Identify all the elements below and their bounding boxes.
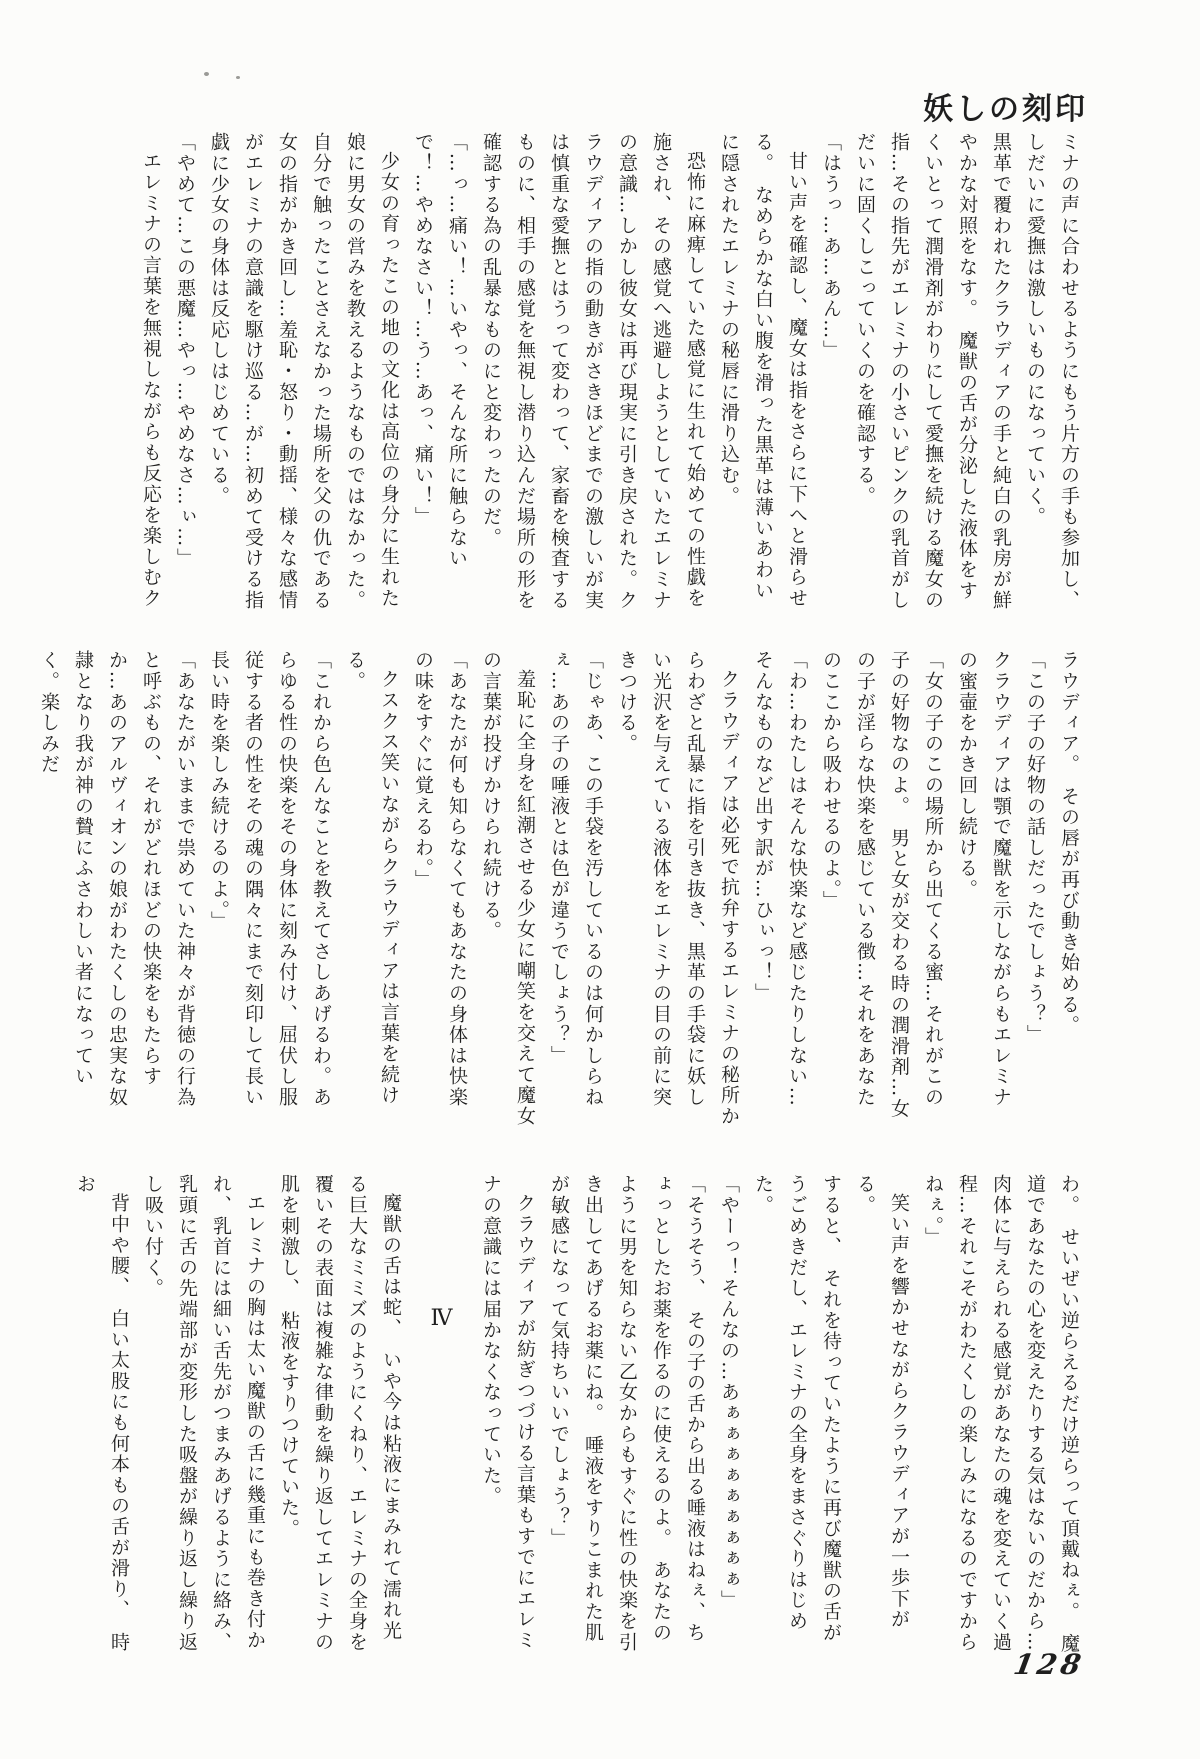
page-title: 妖しの刻印 xyxy=(923,84,1088,128)
paragraph: 恐怖に麻痺していた感覚に生れて始めての性戯を施され、その感覚へ逃避しようとしてい… xyxy=(474,132,712,614)
text-band-bottom: わ。 せいぜい逆らえるだけ逆らって頂戴ねぇ。 魔道であなたの心を変えたりする気は… xyxy=(68,1174,1086,1660)
text-band-top: ミナの声に合わせるようにもう片方の手も参加し、しだいに愛撫は激しいものになってい… xyxy=(134,132,1086,614)
paragraph: クラウディアは顎で魔獣を示しながらもエレミナの蜜壷をかき回し続ける。 xyxy=(950,650,1018,1128)
text-band-middle: ラウディア。 その唇が再び動き始める。「この子の好物の話しだったでしょう？」クラ… xyxy=(32,650,1086,1128)
scan-speck xyxy=(236,76,240,79)
page-number: 128 xyxy=(1011,1648,1087,1681)
paragraph: 甘い声を確認し、魔女は指をさらに下へと滑らせる。 なめらかな白い腹を滑った黒革は… xyxy=(712,132,814,614)
section-marker-iv: Ⅳ xyxy=(424,1174,458,1660)
paragraph: ミナの声に合わせるようにもう片方の手も参加し、しだいに愛撫は激しいものになってい… xyxy=(1018,132,1086,614)
paragraph: 魔獣の舌は蛇、 いや今は粘液にまみれて濡れ光る巨大なミミズのようにくねり、エレミ… xyxy=(272,1174,408,1660)
paragraph: 羞恥に全身を紅潮させる少女に嘲笑を交えて魔女の言葉が投げかけられ続ける。 xyxy=(474,650,542,1128)
paragraph: 笑い声を響かせながらクラウディアが一歩下がる。 xyxy=(848,1174,916,1660)
scan-speck xyxy=(204,72,209,76)
paragraph: 「そうそう、 その子の舌から出る唾液はねぇ、ちょっとしたお薬を作るのに使えるのよ… xyxy=(542,1174,712,1660)
paragraph: 「この子の好物の話しだったでしょう？」 xyxy=(1018,650,1052,1128)
paragraph: すると、 それを待っていたように再び魔獣の舌がうごめきだし、エレミナの全身をまさ… xyxy=(746,1174,848,1660)
paragraph: 黒革で覆われたクラウディアの手と純白の乳房が鮮やかな対照をなす。 魔獣の舌が分泌… xyxy=(848,132,1018,614)
paragraph: クスクス笑いながらクラウディアは言葉を続ける。 xyxy=(338,650,406,1128)
paragraph: 「これから色んなことを教えてさしあげるわ。あらゆる性の快楽をその身体に刻み付け、… xyxy=(202,650,338,1128)
paragraph: 「…っ…痛い！…いやっ、そんな所に触らないで！…やめなさい！…う…あっ、痛い！」 xyxy=(406,132,474,614)
paragraph: 「はうっ…あ…あん…」 xyxy=(814,132,848,614)
paragraph: エレミナの胸は太い魔獣の舌に幾重にも巻き付かれ、乳首には細い舌先がつまみあげるよ… xyxy=(136,1174,272,1660)
paragraph: クラウディアが紡ぎつづける言葉もすでにエレミナの意識には届かなくなっていた。 xyxy=(474,1174,542,1660)
paragraph: 「わ…わたしはそんな快楽など感じたりしない…そんなものなど出す訳が…ひぃっ！」 xyxy=(746,650,814,1128)
paragraph: 「じゃあ、この手袋を汚しているのは何かしらねぇ…あの子の唾液とは色が違うでしょう… xyxy=(542,650,610,1128)
paragraph: わ。 せいぜい逆らえるだけ逆らって頂戴ねぇ。 魔道であなたの心を変えたりする気は… xyxy=(916,1174,1086,1660)
scanned-page: 妖しの刻印 ミナの声に合わせるようにもう片方の手も参加し、しだいに愛撫は激しいも… xyxy=(0,0,1200,1759)
paragraph: エレミナの言葉を無視しながらも反応を楽しむク xyxy=(134,132,168,614)
paragraph: 「女の子のこの場所から出てくる蜜…それがこの子の好物なのよ。 男と女が交わる時の… xyxy=(814,650,950,1128)
paragraph: ラウディア。 その唇が再び動き始める。 xyxy=(1052,650,1086,1128)
paragraph: クラウディアは必死で抗弁するエレミナの秘所からわざと乱暴に指を引き抜き、黒革の手… xyxy=(610,650,746,1128)
paragraph: 少女の育ったこの地の文化は高位の身分に生れた娘に男女の営みを教えるようなものでは… xyxy=(202,132,406,614)
paragraph: 「やめて…この悪魔…やっ…やめなさ…ぃ…」 xyxy=(168,132,202,614)
paragraph: 背中や腰、 白い太股にも何本もの舌が滑り、 時お xyxy=(68,1174,136,1660)
paragraph: 「あなたがいままで祟めていた神々が背徳の行為と呼ぶもの、それがどれほどの快楽をも… xyxy=(32,650,202,1128)
paragraph: 「あなたが何も知らなくてもあなたの身体は快楽の味をすぐに覚えるわ。」 xyxy=(406,650,474,1128)
paragraph: 「やーっ！そんなの…あぁぁぁぁぁぁぁぁぁ」 xyxy=(712,1174,746,1660)
